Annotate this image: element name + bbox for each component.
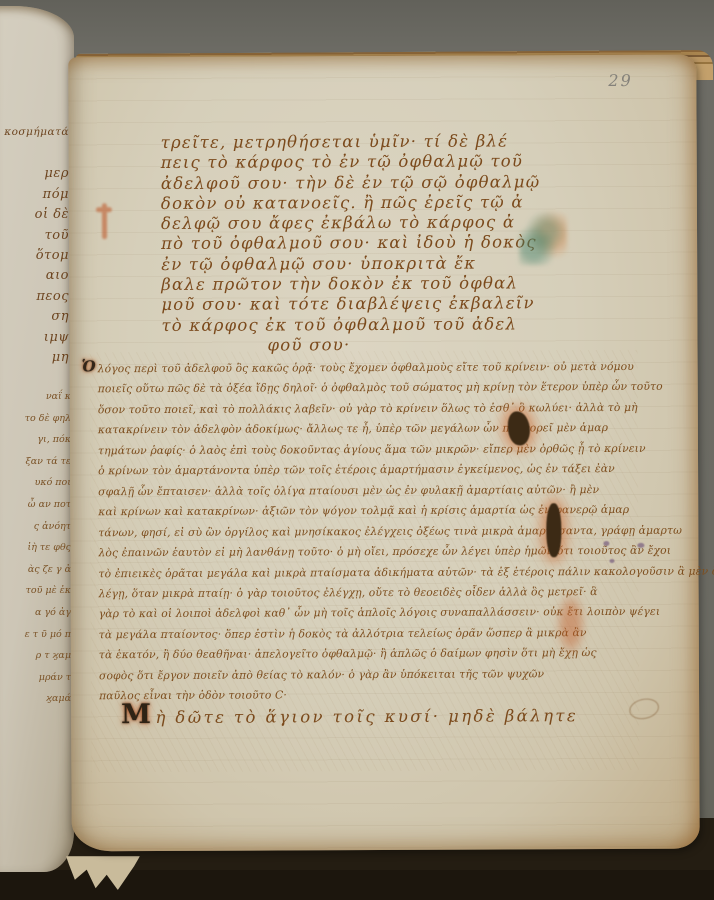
edge-fragment-small-14: μράν τ xyxy=(25,667,71,689)
facing-page-large-fragments: κοσμήματάμερπόμοἱ δὲτοῦὅτομαιοπεοςσηιμψμ… xyxy=(4,122,69,368)
gospel-line-5: δελφῷ σου ἄφες ἐκβάλω τὸ κάρφος ἀ xyxy=(161,212,597,234)
verse-incipit-line: Μὴ δῶτε τὸ ἅγιον τοῖς κυσί· μηδὲ βάλητε xyxy=(121,697,578,730)
verse-initial-letter: Μ xyxy=(121,699,153,730)
edge-fragment-small-12: ε τ ῦ μό π xyxy=(25,624,71,646)
edge-fragment-10: ιμψ xyxy=(4,328,69,348)
red-cross-stem xyxy=(102,203,107,239)
gospel-line-6: πὸ τοῦ ὀφθαλμοῦ σου· καὶ ἰδοὺ ἡ δοκὸς xyxy=(161,233,597,255)
commentary-text-block: Ὁ λόγος περὶ τοῦ ἀδελφοῦ ὃς κακῶς ὁρᾷ· τ… xyxy=(98,357,632,707)
gospel-text-block: τρεῖτε, μετρηθήσεται ὑμῖν· τί δὲ βλέπεις… xyxy=(161,131,598,356)
edge-fragment-small-5: υκό ποι xyxy=(25,472,71,494)
edge-fragment-small-4: ξαν τά τε xyxy=(25,451,71,473)
commentary-line-7: σφαλῇ ὧν ἔπταισεν· ἀλλὰ τοῖς ὀλίγα πταίο… xyxy=(98,480,630,503)
manuscript-photograph: κοσμήματάμερπόμοἱ δὲτοῦὅτομαιοπεοςσηιμψμ… xyxy=(0,0,714,900)
edge-fragment-1: κοσμήματά xyxy=(4,122,69,142)
gospel-line-10: τὸ κάρφος ἐκ τοῦ ὀφθαλμοῦ τοῦ ἀδελ xyxy=(161,314,597,336)
commentary-line-15: τὰ ἑκατόν, ἢ δύο θεαθῆναι· ἀπελογεῖτο ὀφ… xyxy=(99,643,631,666)
commentary-line-5: τημάτων ῥαφίς· ὁ λαὸς ἐπὶ τοὺς δοκοῦντας… xyxy=(98,439,630,462)
edge-fragment-small-13: ρ τ ϗαμ xyxy=(25,645,71,667)
edge-fragment-small-2: το δὲ φηλ xyxy=(25,408,71,430)
edge-fragment-small-7: ς ἀνόητ xyxy=(25,516,71,538)
edge-fragment-small-9: ὰς ζε γ ἀ xyxy=(25,559,71,581)
edge-fragment-small-3: γι, πόκ xyxy=(25,429,71,451)
gospel-line-2: πεις τὸ κάρφος τὸ ἐν τῷ ὀφθαλμῷ τοῦ xyxy=(161,151,597,173)
edge-fragment-small-6: ὦ αν ποτ xyxy=(25,494,71,516)
commentary-line-11: τὸ ἐπιεικὲς ὁρᾶται μεγάλα καὶ μικρὰ πταί… xyxy=(98,561,630,584)
gospel-line-3: ἀδελφοῦ σου· τὴν δὲ ἐν τῷ σῷ ὀφθαλμῷ xyxy=(161,172,597,194)
red-cross-bar xyxy=(96,207,112,212)
edge-fragment-small-1: ναΐ κ xyxy=(25,386,71,408)
commentary-line-2: ποιεῖς οὕτω πῶς δὲ τὰ ὀξέα ἴδῃς δηλοῖ· ὁ… xyxy=(98,377,630,400)
edge-fragment-5: τοῦ xyxy=(4,226,69,246)
commentary-line-8: καὶ κρίνων καὶ κατακρίνων· ἀξιῶν τὸν ψόγ… xyxy=(98,500,630,523)
commentary-line-13: γὰρ τὸ καὶ οἱ λοιποὶ ἀδελφοὶ καθ᾽ ὧν μὴ … xyxy=(99,602,631,625)
manuscript-page: 29 τρεῖτε, μετρηθήσεται ὑμῖν· τί δὲ βλέπ… xyxy=(68,55,699,852)
commentary-line-1: λόγος περὶ τοῦ ἀδελφοῦ ὃς κακῶς ὁρᾷ· τοὺ… xyxy=(98,357,630,380)
red-cross-mark xyxy=(95,199,113,243)
edge-fragment-3: πόμ xyxy=(4,185,69,205)
commentary-line-6: ὁ κρίνων τὸν ἁμαρτάνοντα ὑπὲρ τῶν τοῖς ἑ… xyxy=(98,459,630,482)
gospel-line-1: τρεῖτε, μετρηθήσεται ὑμῖν· τί δὲ βλέ xyxy=(161,131,597,153)
gospel-line-4: δοκὸν οὐ κατανοεῖς. ἢ πῶς ἐρεῖς τῷ ἀ xyxy=(161,192,597,214)
gospel-line-7: ἐν τῷ ὀφθαλμῷ σου· ὑποκριτὰ ἔκ xyxy=(161,253,597,275)
gospel-line-8: βαλε πρῶτον τὴν δοκὸν ἐκ τοῦ ὀφθαλ xyxy=(161,273,597,295)
commentary-line-16: σοφὸς ὅτι ἔργον ποιεῖν ἀπὸ θείας τὸ καλό… xyxy=(99,664,631,687)
edge-fragment-6: ὅτομ xyxy=(4,246,69,266)
edge-fragment-7: αιο xyxy=(4,266,69,286)
commentary-initial: Ὁ xyxy=(82,356,96,377)
commentary-line-14: τὰ μεγάλα πταίοντος· ὅπερ ἐστὶν ἡ δοκὸς … xyxy=(99,623,631,646)
edge-fragment-4: οἱ δὲ xyxy=(4,205,69,225)
edge-fragment-11: μη xyxy=(4,348,69,368)
edge-fragment-small-11: α γό ἀγ xyxy=(25,602,71,624)
edge-fragment-8: πεος xyxy=(4,287,69,307)
commentary-line-9: τάνων, φησί, εἰ σὺ ὢν ὀργίλος καὶ μνησίκ… xyxy=(98,521,630,544)
verse-text: ὴ δῶτε τὸ ἅγιον τοῖς κυσί· μηδὲ βάλητε xyxy=(155,706,578,727)
commentary-line-4: κατακρίνειν τὸν ἀδελφὸν ἀδοκίμως· ἄλλως … xyxy=(98,418,630,441)
edge-fragment-9: ση xyxy=(4,307,69,327)
commentary-line-3: ὅσον τοῦτο ποιεῖ, καὶ τὸ πολλάκις λαβεῖν… xyxy=(98,398,630,421)
edge-fragment-small-15: ϗαμά xyxy=(25,688,71,710)
edge-fragment-2: μερ xyxy=(4,164,69,184)
edge-fragment-small-10: τοῦ μὲ ἐκ xyxy=(25,580,71,602)
edge-fragment-small-8: ἰὴ τε φθς xyxy=(25,537,71,559)
facing-page-edge: κοσμήματάμερπόμοἱ δὲτοῦὅτομαιοπεοςσηιμψμ… xyxy=(0,6,74,872)
gospel-line-9: μοῦ σου· καὶ τότε διαβλέψεις ἐκβαλεῖν xyxy=(161,293,597,315)
commentary-line-12: λέγῃ, ὅταν μικρὰ πταίῃ· ὁ γὰρ τοιοῦτος ἐ… xyxy=(99,582,631,605)
folio-number: 29 xyxy=(608,71,632,90)
gospel-line-11: φοῦ σου· xyxy=(161,334,597,356)
facing-page-small-fragments: ναΐ κτο δὲ φηλγι, πόκξαν τά τευκό ποιὦ α… xyxy=(25,386,71,710)
ring-stain xyxy=(627,696,661,722)
commentary-line-10: λὸς ἐπαινῶν ἑαυτὸν εἰ μὴ λανθάνῃ τοῦτο· … xyxy=(98,541,630,564)
